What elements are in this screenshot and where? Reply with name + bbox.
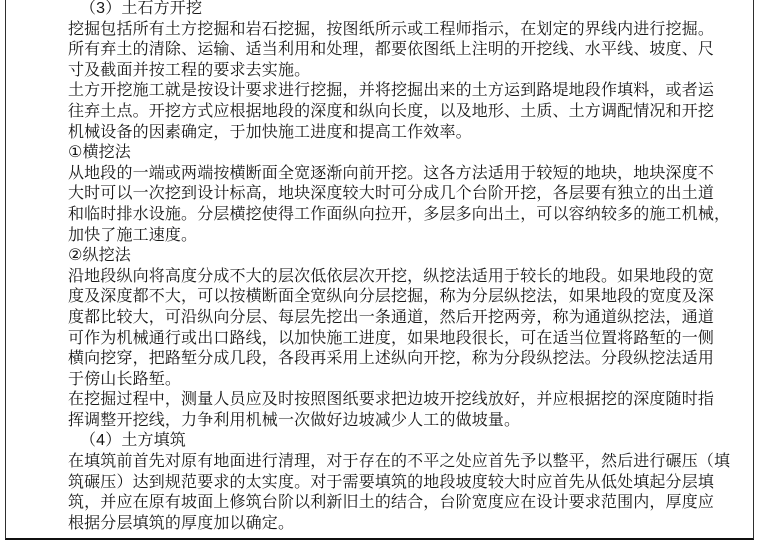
text-line: 土方开挖施工就是按设计要求进行挖掘，并将挖掘出来的土方运到路堤地段作填料，或者运 xyxy=(68,81,720,102)
text-line: 在挖掘过程中，测量人员应及时按照图纸要求把边坡开挖线放好，并应根据挖的深度随时指 xyxy=(68,390,720,411)
text-line: 沿地段纵向将高度分成不大的层次低依层次开挖，纵挖法适用于较长的地段。如果地段的宽 xyxy=(68,267,720,288)
text-line: （3）土石方开挖 xyxy=(68,0,720,20)
document-page: （3）土石方开挖挖掘包括所有土方挖掘和岩石挖掘，按图纸所示或工程师指示，在划定的… xyxy=(5,0,754,540)
text-line: 大时可以一次挖到设计标高，地块深度较大时可分成几个台阶开挖，各层要有独立的出土道 xyxy=(68,184,720,205)
text-line: ①横挖法 xyxy=(68,143,720,164)
text-line: 根据分层填筑的厚度加以确定。 xyxy=(68,514,720,535)
text-line: 和临时排水设施。分层横挖使得工作面纵向拉开，多层多向出土，可以容纳较多的施工机械… xyxy=(68,205,720,226)
text-line: 度都比较大，可沿纵向分层、每层先挖出一条通道，然后开挖两旁，称为通道纵挖法，通道 xyxy=(68,308,720,329)
text-line: 筑，并应在原有坡面上修筑台阶以利新旧土的结合，台阶宽度应在设计要求范围内，厚度应 xyxy=(68,493,720,514)
text-line: 加快了施工速度。 xyxy=(68,226,720,247)
text-line: 于傍山长路堑。 xyxy=(68,370,720,391)
document-text-block: （3）土石方开挖挖掘包括所有土方挖掘和岩石挖掘，按图纸所示或工程师指示，在划定的… xyxy=(68,0,720,534)
text-line: 挖掘包括所有土方挖掘和岩石挖掘，按图纸所示或工程师指示，在划定的界线内进行挖掘。 xyxy=(68,20,720,41)
text-line: 横向挖穿，把路堑分成几段，各段再采用上述纵向开挖，称为分段纵挖法。分段纵挖法适用 xyxy=(68,349,720,370)
text-line: 寸及截面并按工程的要求去实施。 xyxy=(68,61,720,82)
text-line: 从地段的一端或两端按横断面全宽逐渐向前开挖。这各方法适用于较短的地块，地块深度不 xyxy=(68,164,720,185)
text-line: 在填筑前首先对原有地面进行清理，对于存在的不平之处应首先予以整平，然后进行碾压（… xyxy=(68,452,720,473)
text-line: 所有弃土的清除、运输、适当利用和处理，都要依图纸上注明的开挖线、水平线、坡度、尺 xyxy=(68,40,720,61)
document-viewport: （3）土石方开挖挖掘包括所有土方挖掘和岩石挖掘，按图纸所示或工程师指示，在划定的… xyxy=(0,0,760,541)
text-line: 度及深度都不大，可以按横断面全宽纵向分层挖掘，称为分层纵挖法，如果地段的宽度及深 xyxy=(68,287,720,308)
text-line: 往弃土点。开挖方式应根据地段的深度和纵向长度，以及地形、土质、土方调配情况和开挖 xyxy=(68,102,720,123)
text-line: ②纵挖法 xyxy=(68,246,720,267)
text-line: 筑碾压）达到规范要求的太实度。对于需要填筑的地段坡度较大时应首先从低处填起分层填 xyxy=(68,473,720,494)
text-line: 挥调整开挖线，力争利用机械一次做好边坡减少人工的做坡量。 xyxy=(68,411,720,432)
text-line: （4）土方填筑 xyxy=(68,431,720,452)
text-line: 机械设备的因素确定，于加快施工进度和提高工作效率。 xyxy=(68,123,720,144)
text-line: 可作为机械通行或出口路线，以加快施工进度，如果地段很长，可在适当位置将路堑的一侧 xyxy=(68,329,720,350)
